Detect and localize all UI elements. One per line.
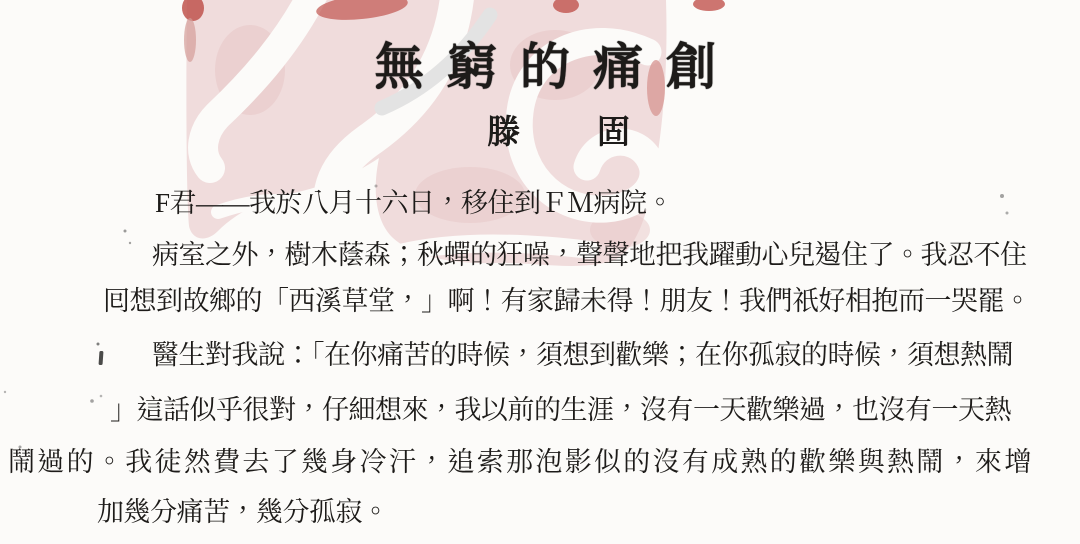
body-line-5: 」這話似乎很對，仔細想來，我以前的生涯，沒有一天歡樂過，也沒有一天熱 bbox=[110, 397, 1011, 424]
body-line-7: 加幾分痛苦，幾分孤寂。 bbox=[97, 499, 389, 526]
article-title: 無窮的痛創 bbox=[374, 42, 739, 92]
body-line-3: 囘想到故鄉的「西溪草堂，」啊！有家歸未得！朋友！我們祇好相抱而一哭罷。 bbox=[103, 288, 1031, 315]
scanned-page: 無窮的痛創 滕固 F君——我於八月十六日，移住到ＦＭ病院。 病室之外，樹木蔭森；… bbox=[0, 0, 1080, 544]
body-line-6: 鬧過的。我徒然費去了幾身冷汗，追索那泡影似的沒有成熟的歡樂與熱鬧，來增 bbox=[8, 449, 1034, 476]
body-line-2: 病室之外，樹木蔭森；秋蟬的狂噪，聲聲地把我躍動心兒遏住了。我忍不住 bbox=[152, 242, 1027, 269]
body-line-1: F君——我於八月十六日，移住到ＦＭ病院。 bbox=[155, 190, 673, 217]
article-author: 滕固 bbox=[487, 117, 707, 150]
body-line-4: 醫生對我說：「在你痛苦的時候，須想到歡樂；在你孤寂的時候，須想熱鬧 bbox=[152, 342, 1013, 369]
